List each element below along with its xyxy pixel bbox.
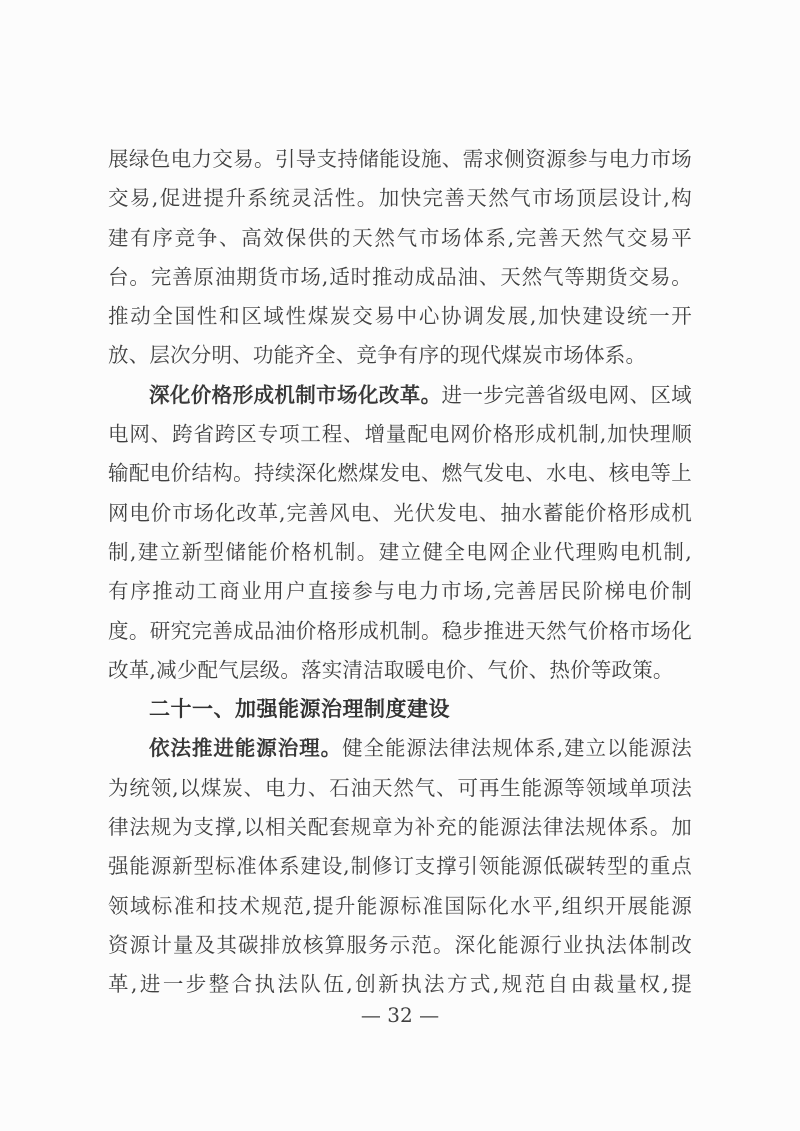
body-text-line: 改革,减少配气层级。落实清洁取暖电价、气价、热价等政策。: [108, 651, 692, 690]
body-text-line: 强能源新型标准体系建设,制修订支撑引领能源低碳转型的重点: [108, 847, 692, 886]
document-body: 展绿色电力交易。引导支持储能设施、需求侧资源参与电力市场 交易,促进提升系统灵活…: [108, 140, 692, 1005]
body-text-line: 领域标准和技术规范,提升能源标准国际化水平,组织开展能源: [108, 887, 692, 926]
body-text-line: 台。完善原油期货市场,适时推动成品油、天然气等期货交易。: [108, 258, 692, 297]
section-heading: 二十一、加强能源治理制度建设: [108, 690, 692, 729]
body-text-line: 展绿色电力交易。引导支持储能设施、需求侧资源参与电力市场: [108, 140, 692, 179]
paragraph-lead-bold: 依法推进能源治理。: [149, 736, 342, 760]
body-text-line: 深化价格形成机制市场化改革。进一步完善省级电网、区域: [108, 376, 692, 415]
body-text-line: 制,建立新型储能价格机制。建立健全电网企业代理购电机制,: [108, 533, 692, 572]
body-text-line: 网电价市场化改革,完善风电、光伏发电、抽水蓄能价格形成机: [108, 494, 692, 533]
body-text-line: 依法推进能源治理。健全能源法律法规体系,建立以能源法: [108, 729, 692, 768]
body-text-line: 革,进一步整合执法队伍,创新执法方式,规范自由裁量权,提: [108, 965, 692, 1004]
body-text-line: 度。研究完善成品油价格形成机制。稳步推进天然气价格市场化: [108, 612, 692, 651]
body-text-line: 交易,促进提升系统灵活性。加快完善天然气市场顶层设计,构: [108, 179, 692, 218]
paragraph-lead-bold: 深化价格形成机制市场化改革。: [149, 383, 441, 407]
body-text-line: 电网、跨省跨区专项工程、增量配电网价格形成机制,加快理顺: [108, 415, 692, 454]
body-text-line: 为统领,以煤炭、电力、石油天然气、可再生能源等领域单项法: [108, 769, 692, 808]
body-text-line: 输配电价结构。持续深化燃煤发电、燃气发电、水电、核电等上: [108, 454, 692, 493]
document-page: 展绿色电力交易。引导支持储能设施、需求侧资源参与电力市场 交易,促进提升系统灵活…: [0, 0, 800, 1131]
page-number: — 32 —: [0, 1000, 800, 1030]
body-text-line: 推动全国性和区域性煤炭交易中心协调发展,加快建设统一开: [108, 297, 692, 336]
body-text-line: 有序推动工商业用户直接参与电力市场,完善居民阶梯电价制: [108, 572, 692, 611]
body-text-line: 律法规为支撑,以相关配套规章为补充的能源法律法规体系。加: [108, 808, 692, 847]
body-text-line: 建有序竞争、高效保供的天然气市场体系,完善天然气交易平: [108, 219, 692, 258]
body-text-line: 资源计量及其碳排放核算服务示范。深化能源行业执法体制改: [108, 926, 692, 965]
body-text-line: 放、层次分明、功能齐全、竞争有序的现代煤炭市场体系。: [108, 336, 692, 375]
